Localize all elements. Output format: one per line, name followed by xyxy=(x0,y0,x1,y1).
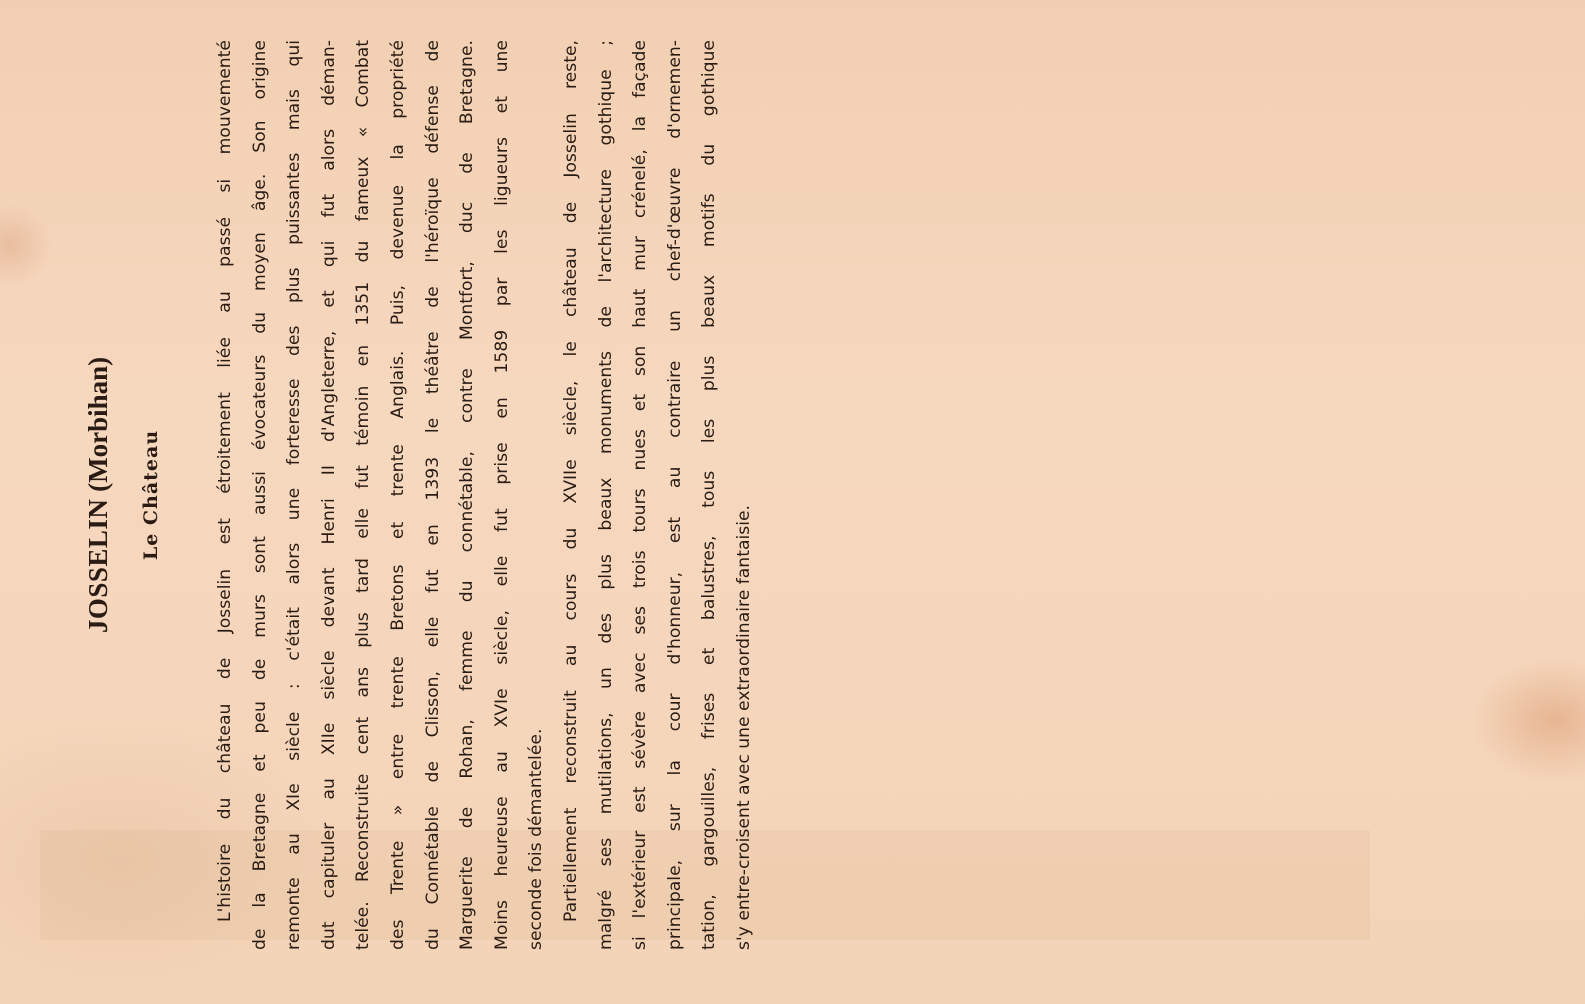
paragraph-1: L'histoire du château de Josselin est ét… xyxy=(208,40,554,950)
text-line: malgré ses mutilations, un des plus beau… xyxy=(589,40,624,950)
text-line: tation, gargouilles, frises et balustres… xyxy=(692,40,727,950)
text-line: L'histoire du château de Josselin est ét… xyxy=(208,40,243,950)
text-line: des Trente » entre trente Bretons et tre… xyxy=(381,40,416,950)
subtitle: Le Château xyxy=(138,40,164,950)
postcard-back-text: JOSSELIN (Morbihan) Le Château L'histoir… xyxy=(80,40,780,950)
text-line: Moins heureuse au XVIe siècle, elle fut … xyxy=(485,40,520,950)
body-text: L'histoire du château de Josselin est ét… xyxy=(208,40,762,950)
paragraph-2: Partiellement reconstruit au cours du XV… xyxy=(554,40,762,950)
text-line: Marguerite de Rohan, femme du connétable… xyxy=(450,40,485,950)
title-place: JOSSELIN xyxy=(83,499,113,634)
text-line: remonte au XIe siècle : c'était alors un… xyxy=(277,40,312,950)
page-title: JOSSELIN (Morbihan) xyxy=(80,40,116,950)
text-line: dut capituler au XIIe siècle devant Henr… xyxy=(312,40,347,950)
text-line: si l'extérieur est sévère avec ses trois… xyxy=(623,40,658,950)
title-region: (Morbihan) xyxy=(83,357,113,492)
text-line: de la Bretagne et peu de murs sont aussi… xyxy=(243,40,278,950)
text-line: du Connétable de Clisson, elle fut en 13… xyxy=(416,40,451,950)
text-line: principale, sur la cour d'honneur, est a… xyxy=(658,40,693,950)
text-line: seconde fois démantelée. xyxy=(519,40,554,950)
text-line: telée. Reconstruite cent ans plus tard e… xyxy=(346,40,381,950)
text-line: s'y entre-croisent avec une extraordinai… xyxy=(727,40,762,950)
text-line: Partiellement reconstruit au cours du XV… xyxy=(554,40,589,950)
